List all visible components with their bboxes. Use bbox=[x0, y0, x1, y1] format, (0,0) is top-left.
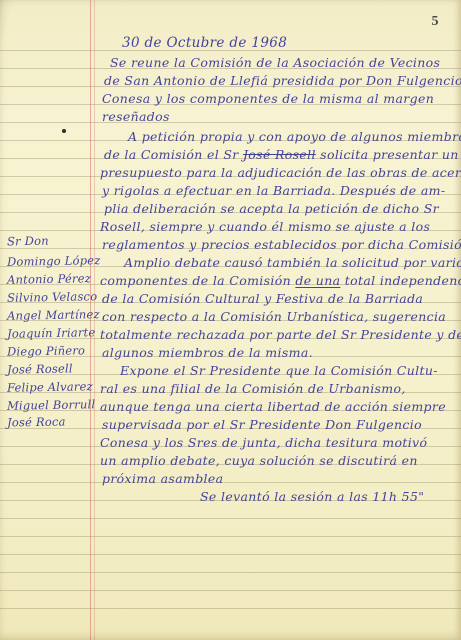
margin-name: Silvino Velasco bbox=[7, 289, 97, 305]
handwritten-line: algunos miembros de la misma. bbox=[102, 346, 313, 360]
margin-name: Domingo López bbox=[7, 253, 101, 269]
margin-name: José Roca bbox=[7, 414, 66, 429]
handwritten-line: A petición propia y con apoyo de algunos… bbox=[128, 130, 461, 144]
line-segment: solicita presentar un bbox=[316, 147, 459, 162]
handwritten-line: de San Antonio de Llefiá presidida por D… bbox=[104, 74, 461, 88]
margin-name: Joaquín Iriarte bbox=[7, 325, 96, 341]
line-segment: componentes de la Comisión bbox=[100, 273, 295, 288]
handwritten-line: aunque tenga una cierta libertad de acci… bbox=[100, 400, 446, 414]
handwritten-line: Se reune la Comisión de la Asociación de… bbox=[110, 56, 440, 70]
handwritten-line: totalmente rechazada por parte del Sr Pr… bbox=[100, 328, 461, 342]
handwritten-line: próxima asamblea bbox=[102, 472, 223, 486]
handwritten-line: y rigolas a efectuar en la Barriada. Des… bbox=[102, 184, 445, 198]
margin-name: Antonio Pérez bbox=[7, 271, 91, 286]
handwritten-line: Conesa y los componentes de la misma al … bbox=[102, 92, 434, 106]
handwritten-line: con respecto a la Comisión Urbanística, … bbox=[102, 310, 446, 324]
handwritten-line: Expone el Sr Presidente que la Comisión … bbox=[120, 364, 438, 378]
handwritten-line: Amplio debate causó también la solicitud… bbox=[124, 256, 461, 270]
margin-name: Angel Martínez bbox=[7, 307, 100, 323]
date-line: 30 de Octubre de 1968 bbox=[122, 36, 287, 50]
manuscript-page: 5 Sr Don Domingo López Antonio Pérez Sil… bbox=[0, 0, 461, 640]
margin-name: Diego Piñero bbox=[7, 343, 85, 358]
handwritten-line: un amplio debate, cuya solución se discu… bbox=[100, 454, 418, 468]
handwritten-line: componentes de la Comisión de una total … bbox=[100, 274, 461, 288]
handwritten-line: reglamentos y precios establecidos por d… bbox=[102, 238, 461, 252]
margin-name: Felipe Alvarez bbox=[7, 379, 93, 394]
handwritten-line: Rosell, siempre y cuando él mismo se aju… bbox=[100, 220, 430, 234]
margin-name: Miguel Borrull bbox=[7, 397, 96, 413]
line-segment: total independencia bbox=[340, 273, 461, 288]
handwritten-line: ral es una filial de la Comisión de Urba… bbox=[100, 382, 406, 396]
handwritten-line: de la Comisión Cultural y Festiva de la … bbox=[102, 292, 423, 306]
minutes-text: 30 de Octubre de 1968 Se reune la Comisi… bbox=[100, 0, 461, 640]
margin-name: José Rosell bbox=[7, 361, 73, 376]
struck-text: José Rosell bbox=[243, 147, 316, 162]
closing-line: Se levantó la sesión a las 11h 55" bbox=[200, 490, 424, 504]
handwritten-line: Conesa y los Sres de junta, dicha tesitu… bbox=[100, 436, 427, 450]
handwritten-line: plia deliberación se acepta la petición … bbox=[104, 202, 439, 216]
handwritten-line: reseñados bbox=[102, 110, 170, 124]
line-segment: de la Comisión el Sr bbox=[104, 147, 243, 162]
margin-heading: Sr Don bbox=[7, 234, 49, 249]
handwritten-line: de la Comisión el Sr José Rosell solicit… bbox=[104, 148, 459, 162]
attendees-margin-column: Sr Don Domingo López Antonio Pérez Silvi… bbox=[7, 0, 93, 640]
handwritten-line: supervisada por el Sr Presidente Don Ful… bbox=[102, 418, 422, 432]
underlined-text: de una bbox=[295, 273, 340, 288]
handwritten-line: presupuesto para la adjudicación de las … bbox=[100, 166, 461, 180]
